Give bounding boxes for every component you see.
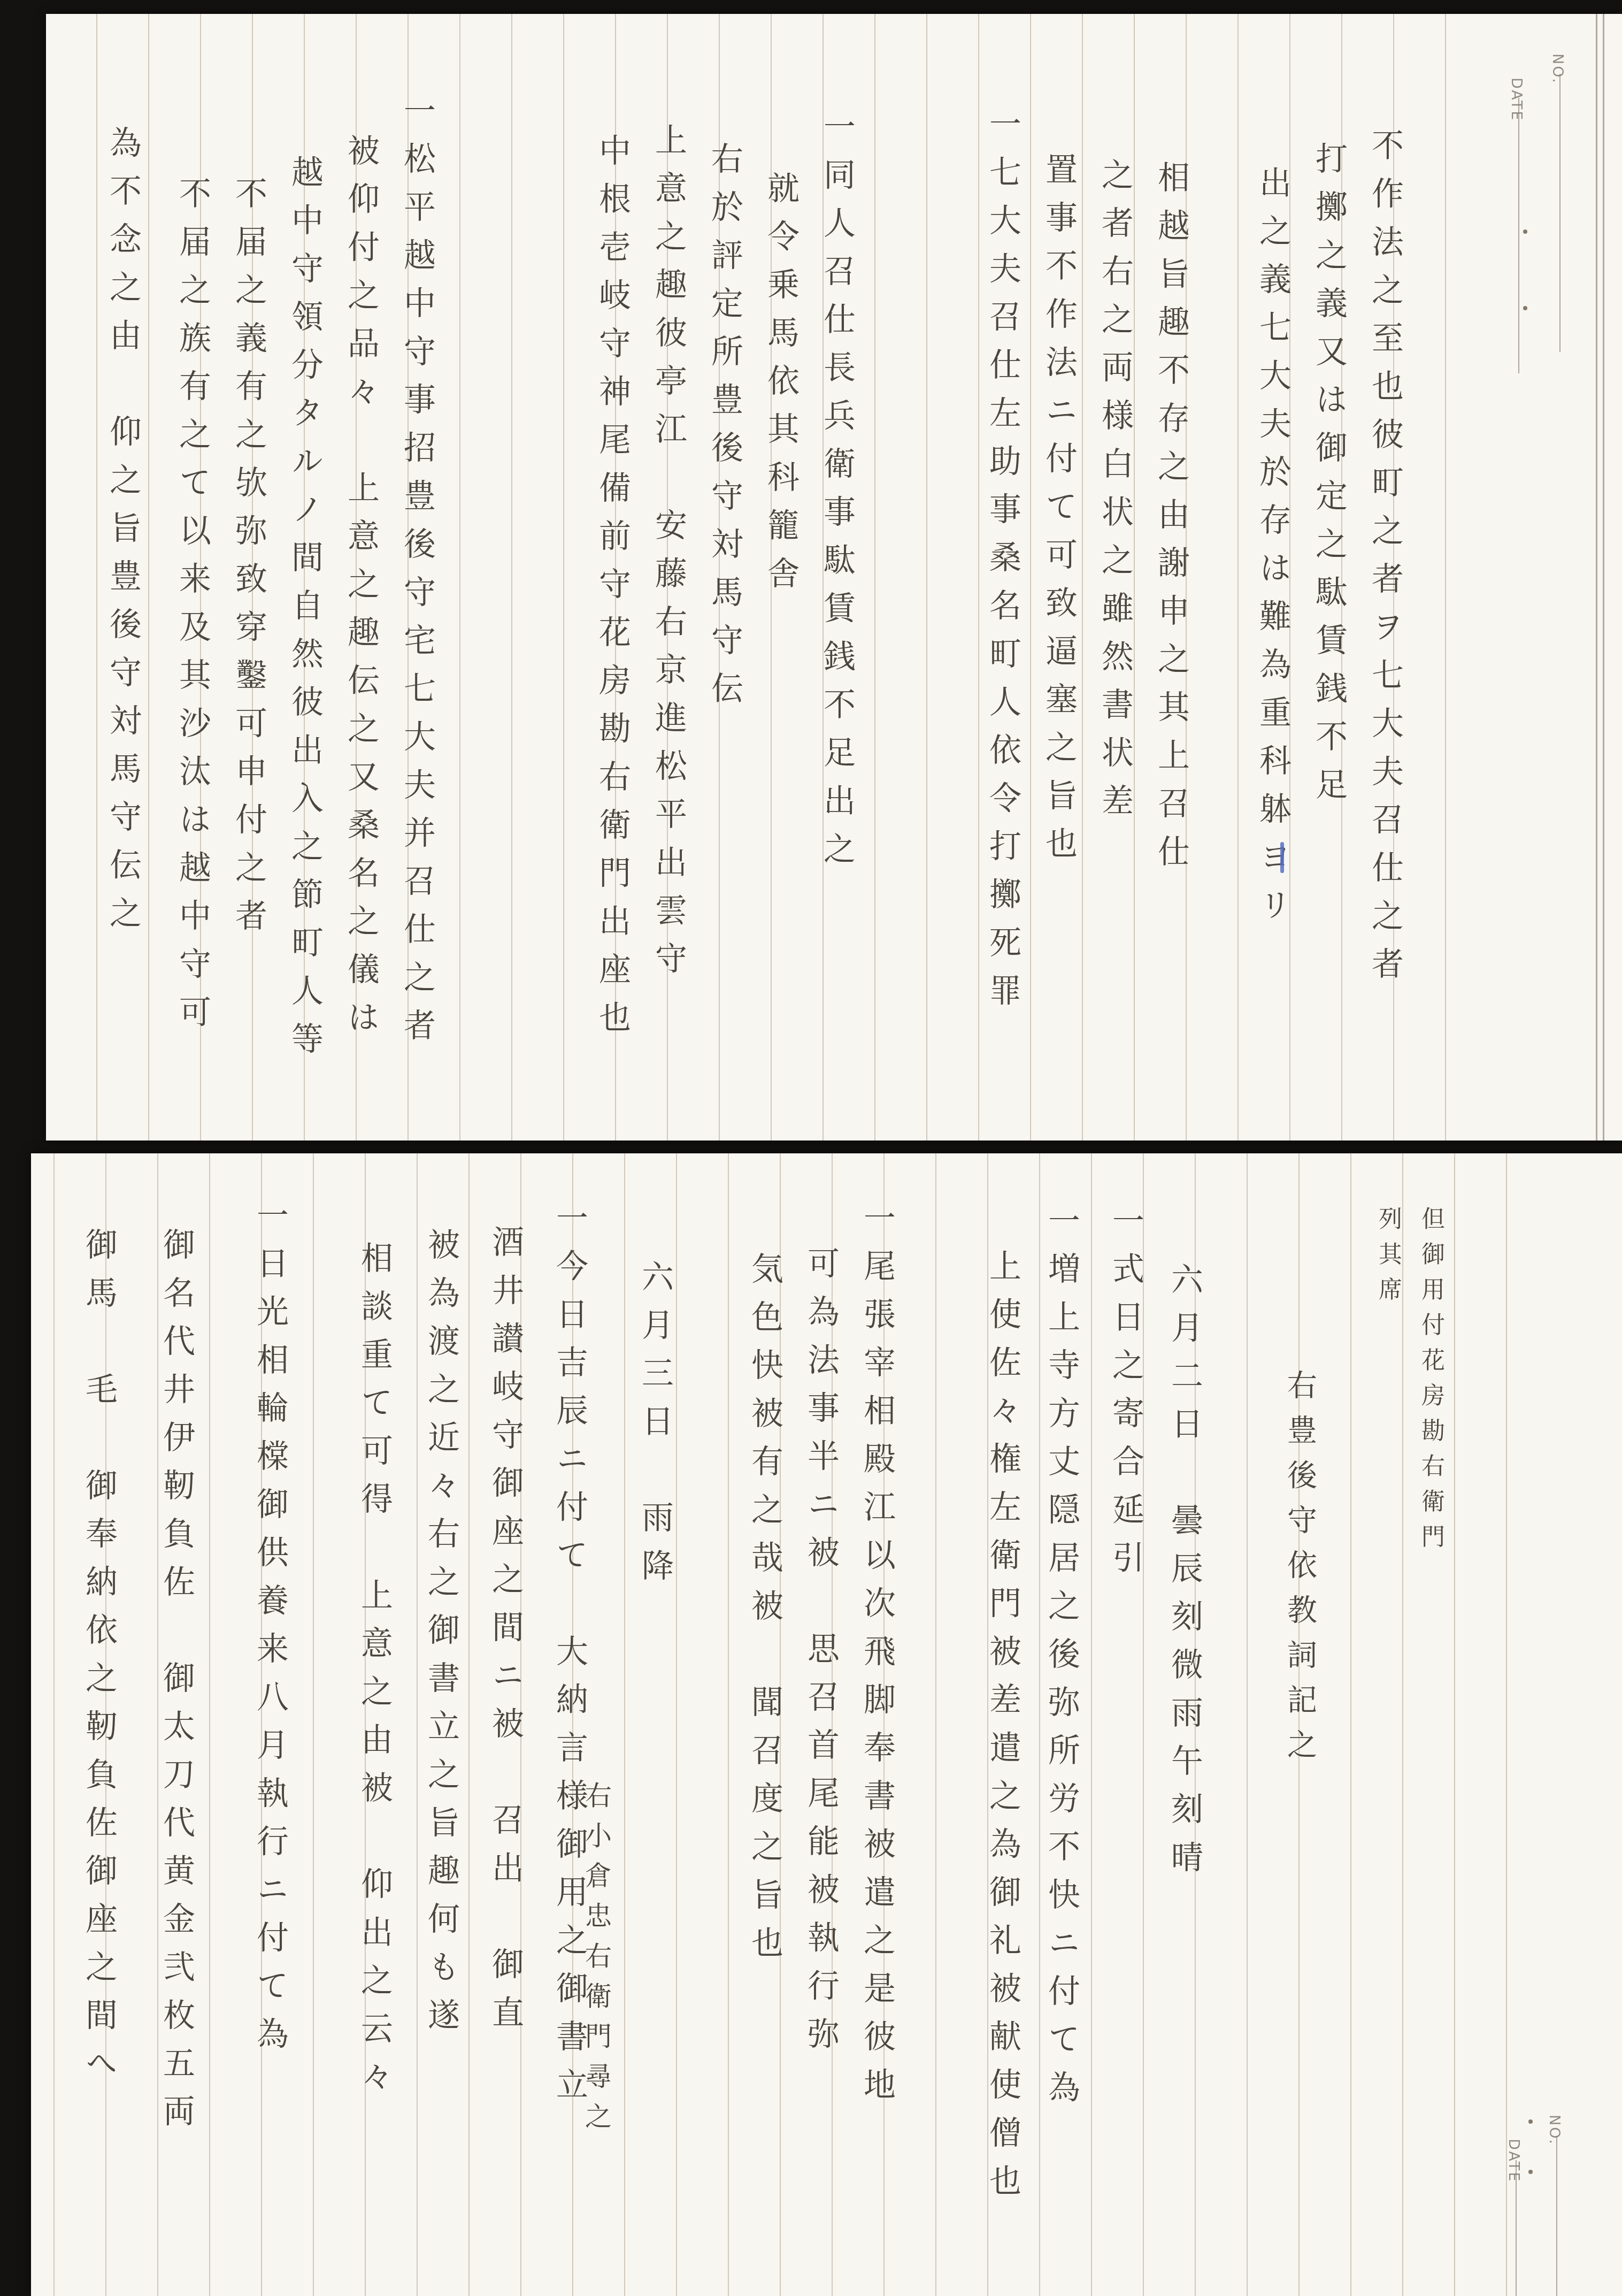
date-dot bbox=[1523, 306, 1527, 310]
no-label: NO. bbox=[1549, 53, 1566, 85]
no-fill-line bbox=[1559, 74, 1560, 352]
date-fill-line bbox=[1518, 98, 1519, 373]
text-column: 右於評定所豊後守対馬守伝 bbox=[709, 142, 741, 720]
text-column: 被為渡之近々右之御書立之旨趣何も遂 bbox=[425, 1228, 457, 2046]
text-column: 御名代井伊靭負佐 御太刀代黄金弐枚五両 bbox=[160, 1228, 193, 2142]
date-fill-line bbox=[1516, 2160, 1517, 2296]
text-column: 一尾張宰相殿江以次飛脚奉書被遣之是彼地 bbox=[861, 1201, 893, 2116]
text-column: 為不念之由 仰之旨豊後守対馬守伝之 bbox=[107, 126, 139, 944]
text-column: 御馬 毛 御奉納依之靭負佐御座之間へ bbox=[83, 1228, 115, 2094]
no-fill-line bbox=[1556, 2136, 1557, 2296]
date-dot bbox=[1528, 2170, 1533, 2174]
date-label: DATE bbox=[1505, 2139, 1522, 2183]
text-column: 越中守領分タルノ間自然彼出入之節町人等 bbox=[289, 155, 321, 1070]
text-column: 不作法之至也彼町之者ヲ七大夫召仕之者 bbox=[1369, 128, 1401, 995]
scan-canvas: NO. DATE 不作法之至也彼町之者ヲ七大夫召仕之者打擲之義又は御定之駄賃銭不… bbox=[0, 0, 1622, 2296]
text-column: 一七大夫召仕左助事桑名町人依令打擲死罪 bbox=[987, 107, 1019, 1022]
text-column: 相越旨趣不存之由謝申之其上召仕 bbox=[1155, 160, 1187, 883]
notebook-page-1: NO. DATE 不作法之至也彼町之者ヲ七大夫召仕之者打擲之義又は御定之駄賃銭不… bbox=[46, 14, 1622, 1141]
text-column: 被仰付之品々 上意之趣伝之又桑名之儀は bbox=[345, 134, 377, 1048]
text-column: 一式日之寄合延引 bbox=[1110, 1204, 1142, 1589]
text-column: 中根壱岐守神尾備前守花房勘右衛門出座也 bbox=[596, 134, 628, 1048]
blue-ink-mark bbox=[1280, 842, 1284, 873]
text-column: 相談重て可得 上意之由被 仰出之云々 bbox=[358, 1241, 390, 2108]
date-label: DATE bbox=[1508, 78, 1525, 121]
text-column: 不届之義有之欤弥致穿鑿可申付之者 bbox=[233, 177, 265, 947]
text-column: 置事不作法ニ付て可致逼塞之旨也 bbox=[1043, 152, 1075, 875]
text-column: 六月三日 雨降 bbox=[639, 1260, 671, 1597]
text-column: 不届之族有之て以来及其沙汰は越中守可 bbox=[176, 177, 209, 1043]
text-column: 右豊後守依教詞記之 bbox=[1285, 1369, 1314, 1774]
text-column: 可為法事半ニ被 思召首尾能被執行弥 bbox=[805, 1246, 837, 2065]
text-column: 一増上寺方丈隠居之後弥所労不快ニ付て為 bbox=[1046, 1204, 1078, 2118]
text-column: 之者右之両様白状之雖然書状差 bbox=[1099, 158, 1131, 832]
date-dot bbox=[1528, 2119, 1533, 2124]
text-column: 一同人召仕長兵衛事駄賃銭不足出之 bbox=[821, 110, 853, 880]
text-column: 一日光相輪橖御供養来八月執行ニ付て為 bbox=[254, 1198, 286, 2065]
notebook-page-2: NO. DATE 但御用付花房勘右衛門列其席右豊後守依教詞記之六月二日 曇辰刻微… bbox=[31, 1153, 1622, 2296]
margin-double-line bbox=[1596, 14, 1604, 1141]
text-column: 打擲之義又は御定之駄賃銭不足 bbox=[1313, 142, 1345, 816]
text-column: 酒井讃岐守御座之間ニ被 召出 御直 bbox=[489, 1225, 521, 2044]
no-label: NO. bbox=[1546, 2115, 1563, 2146]
text-column: 上意之趣彼亭江 安藤右京進松平出雲守 bbox=[652, 123, 685, 990]
text-column: 上使佐々権左衛門被差遣之為御礼被献使僧也 bbox=[987, 1249, 1019, 2212]
text-column: 一今日吉辰ニ付て 大納言様御用之御書立 bbox=[554, 1201, 586, 2116]
text-column: 出之義七大夫於存は難為重科躰ヨリ bbox=[1257, 166, 1289, 936]
text-column: 六月二日 曇辰刻微雨午刻晴 bbox=[1169, 1262, 1201, 1888]
text-column: 一松平越中守事招豊後守宅七大夫并召仕之者 bbox=[401, 94, 433, 1057]
date-dot bbox=[1523, 229, 1527, 234]
text-column: 列其席 bbox=[1376, 1206, 1400, 1312]
text-column: 就令乗馬依其科籠舎 bbox=[765, 171, 797, 604]
text-column: 気色快被有之哉被 聞召度之旨也 bbox=[749, 1252, 781, 1974]
text-column: 但御用付花房勘右衛門 bbox=[1419, 1206, 1442, 1559]
